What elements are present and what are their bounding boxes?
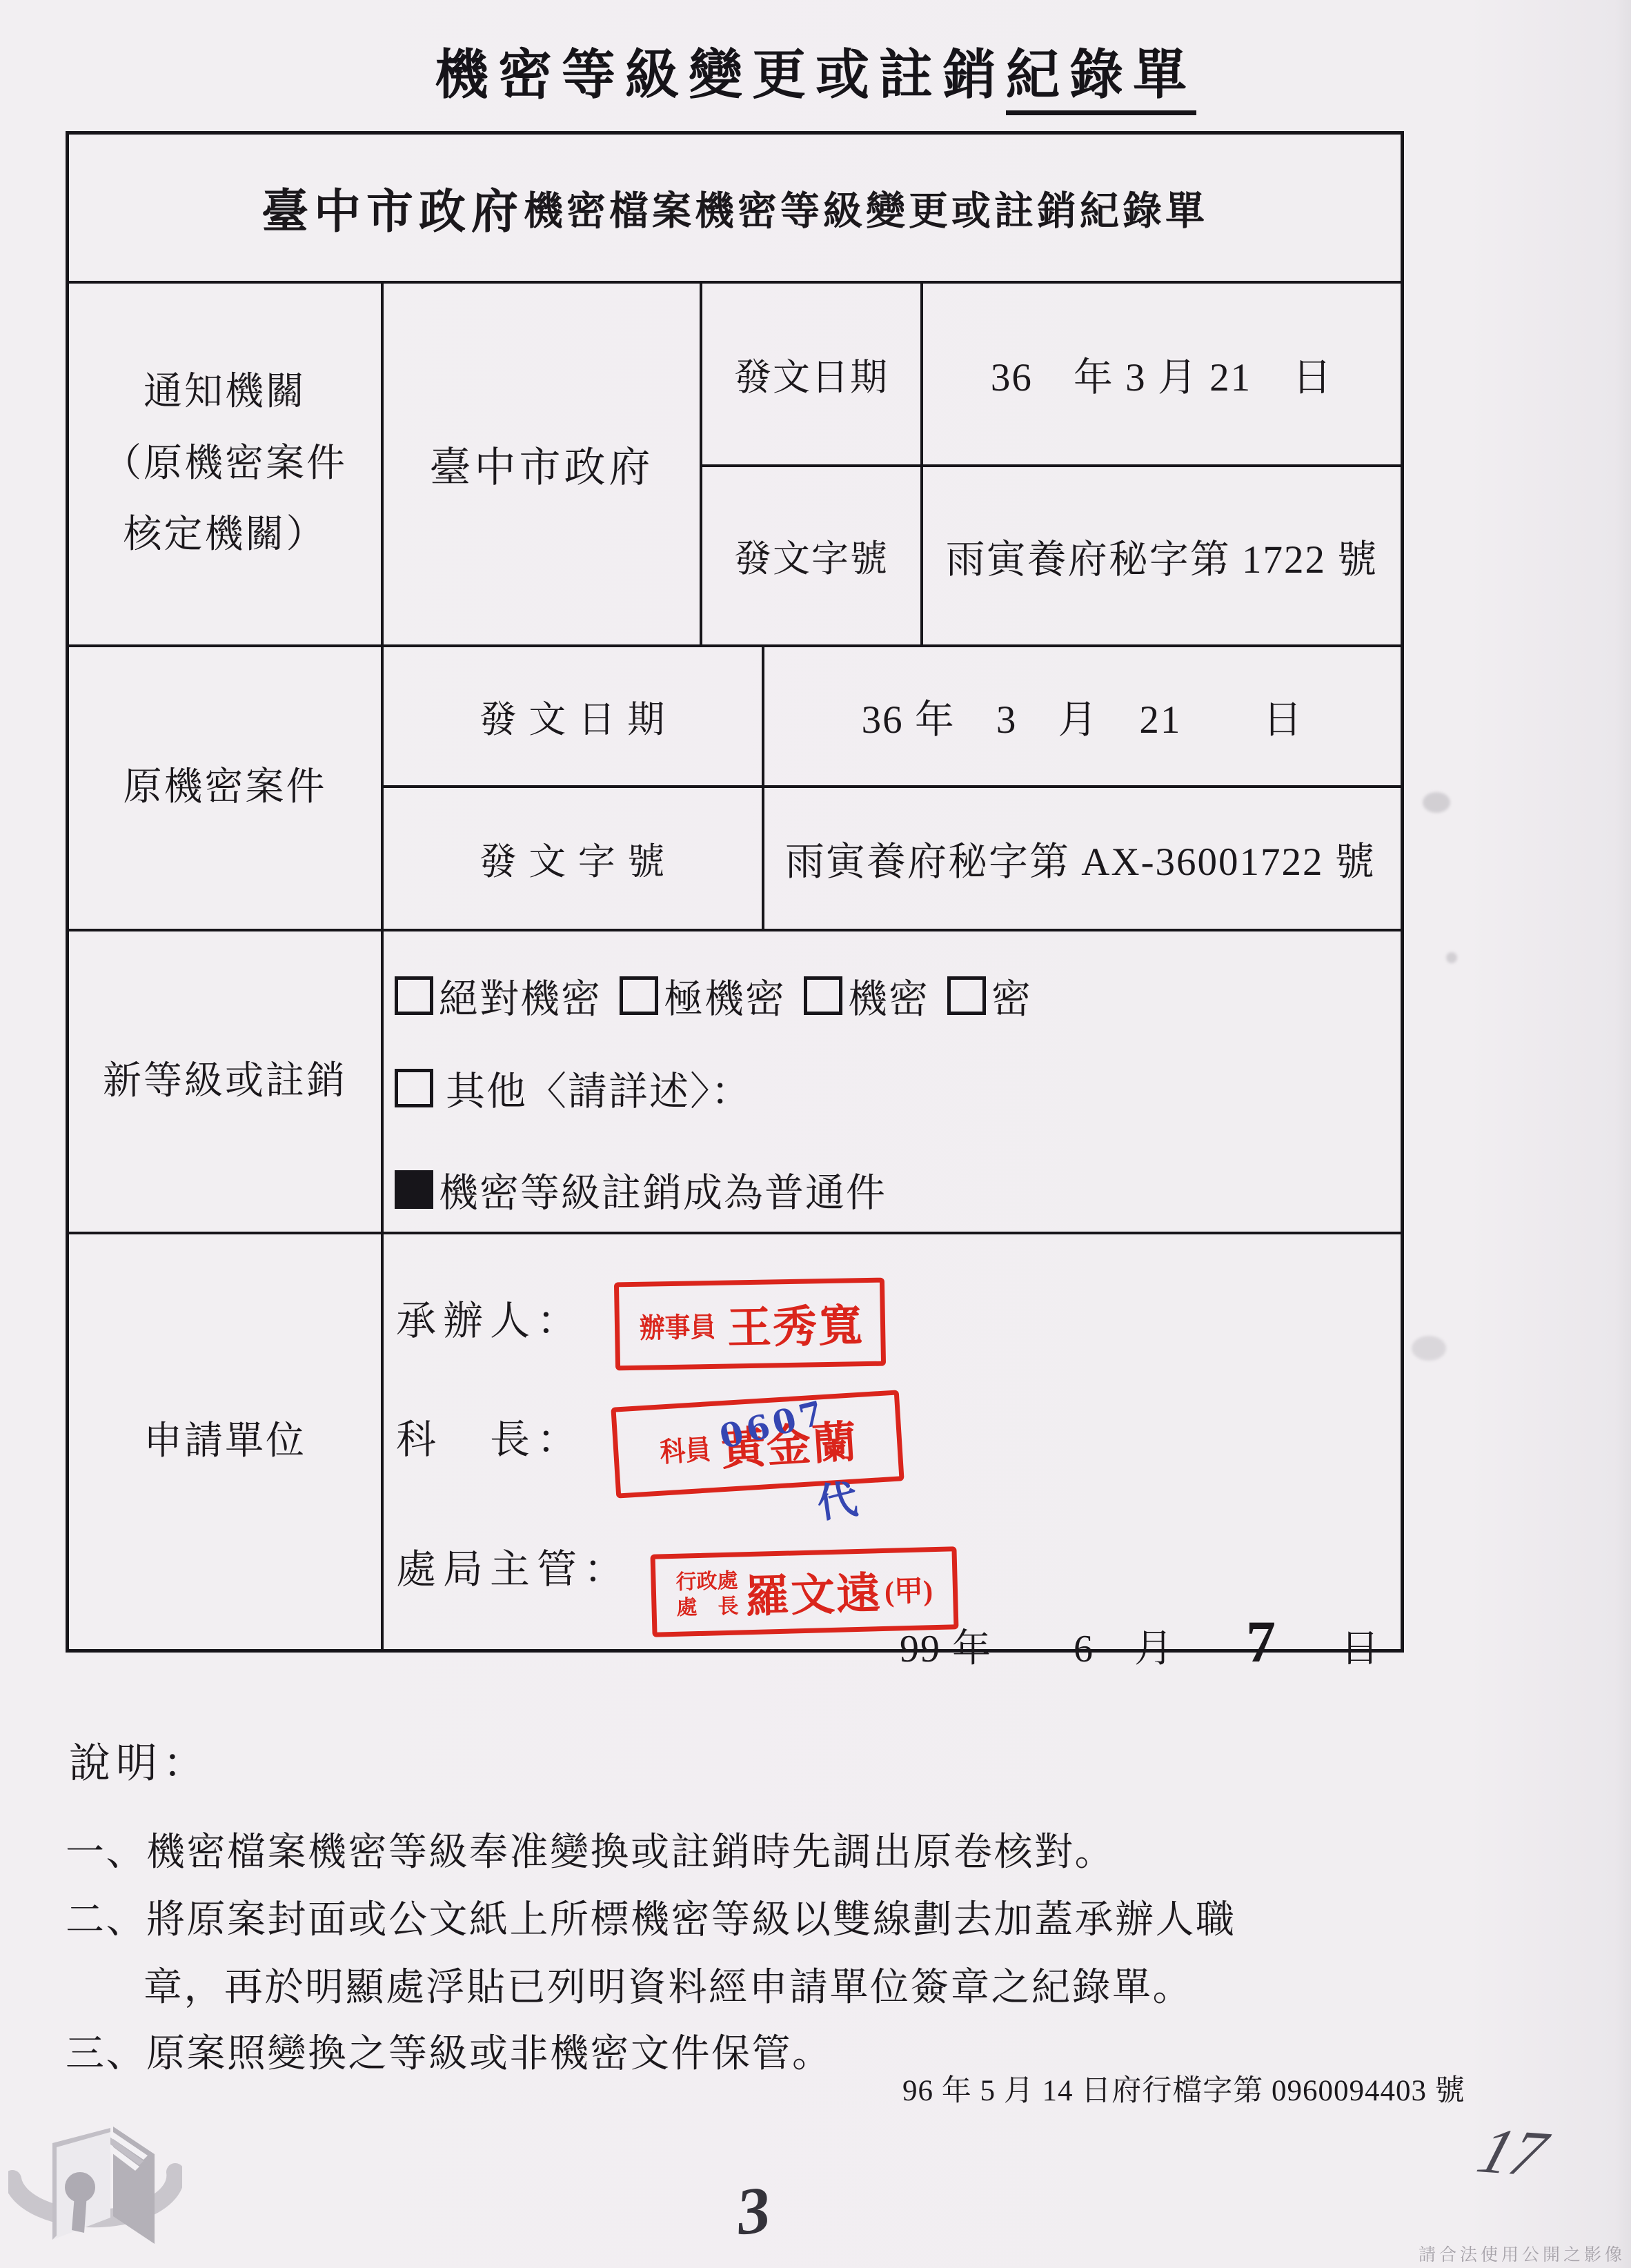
page-title-plain: 機密等級變更或註銷 (435, 45, 1006, 105)
applicant-date-month: 6 月 (1074, 1618, 1174, 1673)
scan-artifact (1446, 952, 1457, 963)
director-stamp-suffix: (甲) (884, 1568, 933, 1610)
header-org-name: 臺中市政府 (261, 175, 524, 241)
chief-label: 科 長： (396, 1407, 584, 1465)
note-line-3: 章，再於明顯處浮貼已列明資料經申請單位簽章之紀錄單。 (144, 1957, 1193, 2012)
option-declassified-label: 機密等級註銷成為普通件 (439, 1161, 887, 1218)
form-table: 臺中市政府機密檔案機密等級變更或註銷紀錄單 通知機關 （原機密案件 核定機關） … (66, 131, 1404, 1653)
notify-doc-number-value: 雨寅養府秘字第 1722 號 (923, 467, 1401, 644)
applicant-row: 申請單位 承辦人： 辦事員 王秀寬 科 長： 科員 黃金蘭 0607 代 處局主… (69, 1232, 1401, 1649)
original-doc-number-row: 發 文 字 號 雨寅養府秘字第 AX-36001722 號 (384, 785, 1401, 929)
notify-issue-date-label: 發文日期 (702, 284, 923, 464)
option-other: 其他〈請詳述〉： (395, 1060, 752, 1116)
option-absolute-secret: 絕對機密 (395, 967, 602, 1024)
original-issue-date-row: 發 文 日 期 36 年 3 月 21 日 (384, 647, 1401, 785)
option-declassified: 機密等級註銷成為普通件 (395, 1161, 887, 1218)
applicant-date-line: 99 年 6 月 7 日 (900, 1607, 1381, 1676)
option-secret-label: 機密 (848, 967, 929, 1024)
notify-doc-info-cell: 發文日期 36 年 3 月 21 日 發文字號 雨寅養府秘字第 1722 號 (700, 284, 1401, 644)
checkbox-other-icon[interactable] (395, 1069, 433, 1107)
blue-handwriting-dai: 代 (813, 1466, 860, 1529)
handler-stamp-name: 王秀寬 (726, 1290, 864, 1356)
new-level-row: 新等級或註銷 絕對機密 極機密 機密 (69, 929, 1401, 1232)
notify-agency-row: 通知機關 （原機密案件 核定機關） 臺中市政府 發文日期 36 年 3 月 21… (69, 281, 1401, 644)
director-stamp-rank: 處 長 (676, 1594, 739, 1621)
original-doc-number-value: 雨寅養府秘字第 AX-36001722 號 (764, 788, 1401, 929)
scan-artifact (1412, 1336, 1446, 1361)
handwritten-page-number-center: 3 (733, 2171, 773, 2250)
scanned-form-page: 機密等級變更或註銷紀錄單 臺中市政府機密檔案機密等級變更或註銷紀錄單 通知機關 … (0, 0, 1631, 2268)
notify-label-line3: 核定機關） (103, 500, 347, 571)
checkbox-confidential-icon[interactable] (947, 976, 986, 1015)
original-doc-number-label: 發 文 字 號 (384, 788, 764, 929)
option-secret: 機密 (804, 967, 929, 1024)
handler-stamp-title: 辦事員 (639, 1305, 715, 1345)
option-other-label: 其他〈請詳述〉： (446, 1060, 752, 1116)
handler-label: 承辦人： (396, 1288, 584, 1346)
copyright-note: 請合法使用公開之影像 (1419, 2241, 1625, 2266)
option-absolute-secret-label: 絕對機密 (439, 967, 602, 1024)
handwritten-page-number-right: 17 (1470, 2113, 1555, 2191)
option-confidential: 密 (947, 967, 1032, 1024)
applicant-date-year: 99 年 (900, 1618, 992, 1673)
director-label: 處局主管： (396, 1537, 631, 1595)
page-title: 機密等級變更或註銷紀錄單 (0, 32, 1631, 109)
level-options-line: 絕對機密 極機密 機密 密 (395, 967, 1050, 1024)
applicant-date-day-label: 日 (1341, 1618, 1381, 1673)
notify-label-line2: （原機密案件 (103, 428, 347, 500)
scan-artifact (1423, 792, 1450, 813)
director-stamp-office: 行政處 處 長 (675, 1568, 739, 1621)
handler-stamp: 辦事員 王秀寬 (614, 1278, 886, 1371)
book-keyhole-logo-icon (8, 2091, 182, 2251)
option-top-secret-label: 極機密 (664, 967, 786, 1024)
new-level-label: 新等級或註銷 (69, 931, 381, 1232)
chief-stamp-title: 科員 (659, 1428, 712, 1470)
director-stamp-office-line1: 行政處 (675, 1568, 738, 1595)
notify-agency-label-cell: 通知機關 （原機密案件 核定機關） (69, 284, 381, 644)
notify-issue-date-value: 36 年 3 月 21 日 (923, 284, 1401, 464)
option-top-secret: 極機密 (620, 967, 786, 1024)
notify-agency-value: 臺中市政府 (381, 284, 700, 644)
new-level-options-cell: 絕對機密 極機密 機密 密 (381, 931, 1401, 1232)
note-line-4: 三、原案照變換之等級或非機密文件保管。 (66, 2023, 833, 2078)
checkbox-top-secret-icon[interactable] (620, 976, 658, 1015)
checkbox-declassified-checked-icon[interactable] (395, 1170, 433, 1209)
applicant-label: 申請單位 (69, 1234, 381, 1649)
header-form-name: 機密檔案機密等級變更或註銷紀錄單 (524, 179, 1208, 236)
notify-label-line1: 通知機關 (103, 357, 347, 428)
applicant-signatures-cell: 承辦人： 辦事員 王秀寬 科 長： 科員 黃金蘭 0607 代 處局主管： 行政… (381, 1234, 1401, 1649)
notify-issue-date-row: 發文日期 36 年 3 月 21 日 (702, 284, 1401, 464)
original-issue-date-label: 發 文 日 期 (384, 647, 764, 785)
original-doc-info-cell: 發 文 日 期 36 年 3 月 21 日 發 文 字 號 雨寅養府秘字第 AX… (381, 647, 1401, 929)
checkbox-absolute-secret-icon[interactable] (395, 976, 433, 1015)
note-line-2: 二、將原案封面或公文紙上所標機密等級以雙線劃去加蓋承辦人職 (66, 1889, 1236, 1944)
option-confidential-label: 密 (991, 967, 1032, 1024)
notify-doc-number-label: 發文字號 (702, 467, 923, 644)
checkbox-secret-icon[interactable] (804, 976, 842, 1015)
note-line-1: 一、機密檔案機密等級奉准變換或註銷時先調出原卷核對。 (66, 1822, 1115, 1877)
applicant-date-day: 7 (1246, 1607, 1277, 1676)
document-reference-number: 96 年 5 月 14 日府行檔字第 0960094403 號 (902, 2067, 1465, 2109)
original-case-label: 原機密案件 (69, 647, 381, 929)
notes-heading: 說明： (69, 1730, 210, 1790)
director-stamp-name: 羅文遠 (744, 1558, 882, 1625)
table-header-row: 臺中市政府機密檔案機密等級變更或註銷紀錄單 (69, 135, 1401, 281)
page-title-underlined: 紀錄單 (1006, 45, 1196, 115)
original-issue-date-value: 36 年 3 月 21 日 (764, 647, 1401, 785)
notify-doc-number-row: 發文字號 雨寅養府秘字第 1722 號 (702, 464, 1401, 644)
original-case-row: 原機密案件 發 文 日 期 36 年 3 月 21 日 發 文 字 號 雨寅養府… (69, 644, 1401, 929)
